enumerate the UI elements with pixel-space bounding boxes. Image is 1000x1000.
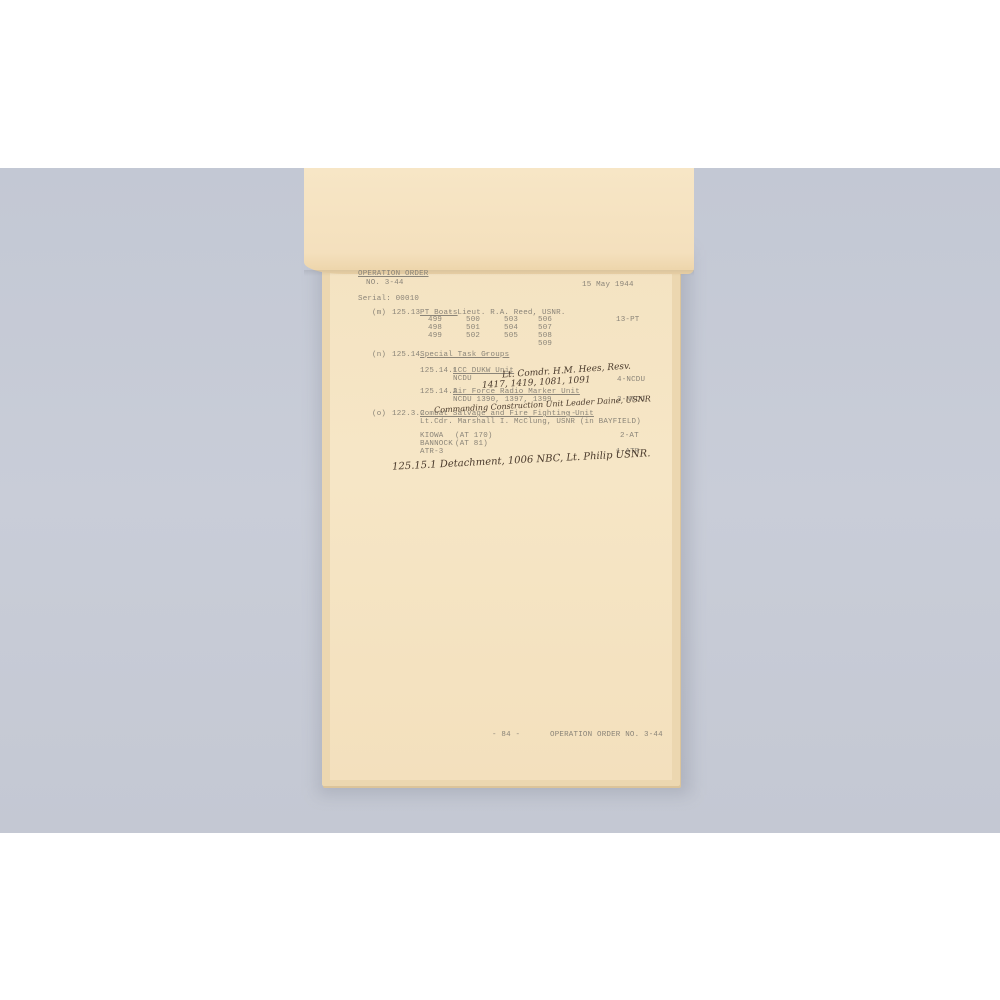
boat-number: 498: [428, 324, 442, 332]
item-number: 125.14.1: [420, 367, 458, 375]
boat-number: 509: [538, 340, 552, 348]
document-page: [330, 262, 672, 780]
boat-number: 500: [466, 316, 480, 324]
header-title: OPERATION ORDER: [358, 270, 429, 278]
header-number: NO. 3-44: [366, 279, 404, 287]
folded-cover-flap: [304, 168, 694, 274]
vessel-name: ATR-3: [420, 448, 444, 456]
section-letter: (n): [372, 351, 386, 359]
item-number: 125.14.2: [420, 388, 458, 396]
section-dash: ---: [562, 410, 576, 418]
boat-number: 507: [538, 324, 552, 332]
section-commander: Lt.Cdr. Marshall I. McClung, USNR (in BA…: [420, 418, 641, 426]
section-code: 13-PT: [616, 316, 640, 324]
boat-number: 505: [504, 332, 518, 340]
section-number: 125.13: [392, 309, 420, 317]
boat-number: 506: [538, 316, 552, 324]
section-number: 125.14: [392, 351, 420, 359]
section-letter: (m): [372, 309, 386, 317]
vessel-name: KIOWA: [420, 432, 444, 440]
item-title: Air Force Radio Marker Unit: [453, 388, 580, 396]
boat-number: 499: [428, 332, 442, 340]
boat-number: 508: [538, 332, 552, 340]
boat-number: 499: [428, 316, 442, 324]
vessel-name: BANNOCK: [420, 440, 453, 448]
serial-number: Serial: 00010: [358, 295, 419, 303]
boat-number: 501: [466, 324, 480, 332]
item-sub: NCDU: [453, 375, 472, 383]
section-letter: (o): [372, 410, 386, 418]
item-code: 4-NCDU: [617, 376, 645, 384]
boat-number: 503: [504, 316, 518, 324]
boat-number: 502: [466, 332, 480, 340]
section-title: Special Task Groups: [420, 351, 509, 359]
document-date: 15 May 1944: [582, 281, 634, 289]
section-dash: -: [484, 351, 489, 359]
vessel-note: (AT 170): [455, 432, 493, 440]
boat-number: 504: [504, 324, 518, 332]
vessel-note: (AT 81): [455, 440, 488, 448]
vessel-code: 2-AT: [620, 432, 639, 440]
footer-title: OPERATION ORDER NO. 3-44: [550, 731, 663, 739]
page-number: - 84 -: [492, 731, 520, 739]
